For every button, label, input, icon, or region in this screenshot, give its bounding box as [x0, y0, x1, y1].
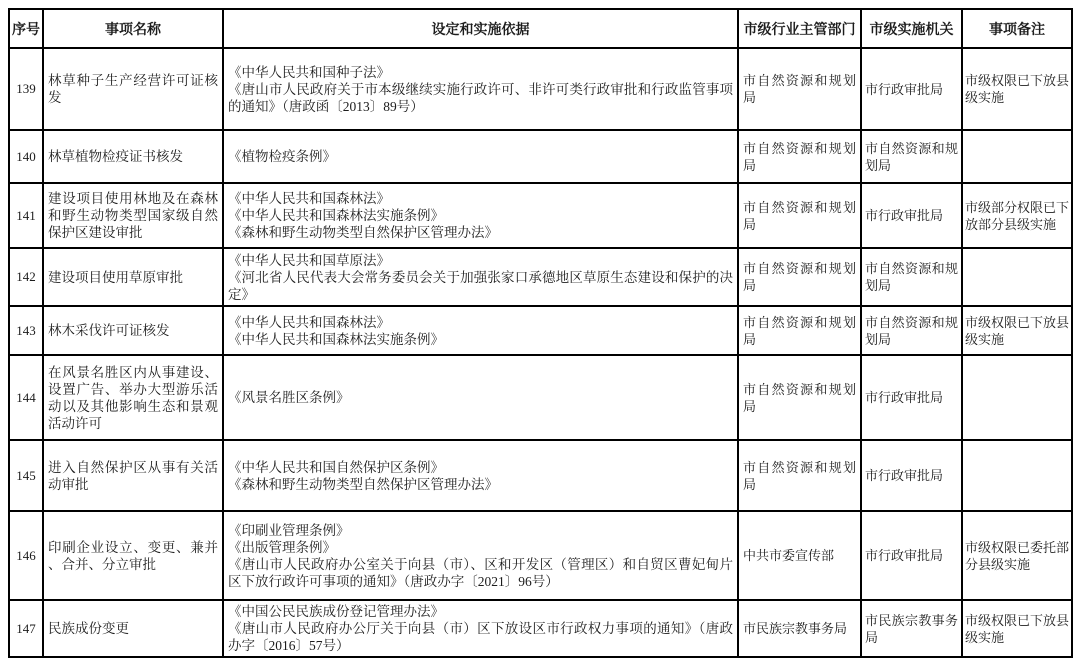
cell-basis: 《中华人民共和国种子法》《唐山市人民政府关于市本级继续实施行政许可、非许可类行政…	[223, 48, 738, 130]
cell-dept: 市自然资源和规划局	[738, 183, 861, 248]
cell-remark	[962, 440, 1072, 511]
header-name: 事项名称	[43, 9, 223, 48]
cell-index: 140	[9, 130, 43, 183]
cell-agency: 市自然资源和规划局	[861, 248, 962, 306]
cell-agency: 市行政审批局	[861, 355, 962, 440]
cell-name: 林木采伐许可证核发	[43, 306, 223, 355]
law-reference-line: 《风景名胜区条例》	[228, 389, 733, 406]
cell-index: 139	[9, 48, 43, 130]
law-reference-line: 《中华人民共和国森林法实施条例》	[228, 331, 733, 348]
cell-remark: 市级部分权限已下放部分县级实施	[962, 183, 1072, 248]
law-reference-line: 《中华人民共和国森林法实施条例》	[228, 207, 733, 224]
law-reference-line: 《中华人民共和国草原法》	[228, 252, 733, 269]
law-reference-line: 《中华人民共和国自然保护区条例》	[228, 459, 733, 476]
cell-remark	[962, 355, 1072, 440]
table-row: 147民族成份变更《中国公民民族成份登记管理办法》《唐山市人民政府办公厅关于向县…	[9, 600, 1072, 657]
cell-dept: 市自然资源和规划局	[738, 130, 861, 183]
cell-name: 建设项目使用林地及在森林和野生动物类型国家级自然保护区建设审批	[43, 183, 223, 248]
cell-remark: 市级权限已下放县级实施	[962, 306, 1072, 355]
header-basis: 设定和实施依据	[223, 9, 738, 48]
table-row: 143林木采伐许可证核发《中华人民共和国森林法》《中华人民共和国森林法实施条例》…	[9, 306, 1072, 355]
cell-dept: 中共市委宣传部	[738, 511, 861, 600]
cell-basis: 《风景名胜区条例》	[223, 355, 738, 440]
cell-remark	[962, 248, 1072, 306]
cell-basis: 《中华人民共和国自然保护区条例》《森林和野生动物类型自然保护区管理办法》	[223, 440, 738, 511]
header-dept: 市级行业主管部门	[738, 9, 861, 48]
law-reference-line: 《印刷业管理条例》	[228, 522, 733, 539]
law-reference-line: 《唐山市人民政府办公厅关于向县（市）区下放设区市行政权力事项的通知》（唐政办字〔…	[228, 620, 733, 654]
cell-agency: 市行政审批局	[861, 183, 962, 248]
table-row: 146印刷企业设立、变更、兼并、合并、分立审批《印刷业管理条例》《出版管理条例》…	[9, 511, 1072, 600]
document-sheet: 序号 事项名称 设定和实施依据 市级行业主管部门 市级实施机关 事项备注 139…	[8, 8, 1073, 658]
header-remark: 事项备注	[962, 9, 1072, 48]
cell-name: 林草植物检疫证书核发	[43, 130, 223, 183]
law-reference-line: 《森林和野生动物类型自然保护区管理办法》	[228, 224, 733, 241]
cell-dept: 市自然资源和规划局	[738, 440, 861, 511]
cell-index: 147	[9, 600, 43, 657]
cell-agency: 市行政审批局	[861, 511, 962, 600]
law-reference-line: 《河北省人民代表大会常务委员会关于加强张家口承德地区草原生态建设和保护的决定》	[228, 269, 733, 303]
cell-basis: 《中华人民共和国草原法》《河北省人民代表大会常务委员会关于加强张家口承德地区草原…	[223, 248, 738, 306]
header-index: 序号	[9, 9, 43, 48]
table-header: 序号 事项名称 设定和实施依据 市级行业主管部门 市级实施机关 事项备注	[9, 9, 1072, 48]
cell-dept: 市自然资源和规划局	[738, 48, 861, 130]
cell-basis: 《中华人民共和国森林法》《中华人民共和国森林法实施条例》《森林和野生动物类型自然…	[223, 183, 738, 248]
header-agency: 市级实施机关	[861, 9, 962, 48]
law-reference-line: 《中华人民共和国森林法》	[228, 190, 733, 207]
cell-index: 144	[9, 355, 43, 440]
cell-agency: 市自然资源和规划局	[861, 130, 962, 183]
cell-dept: 市自然资源和规划局	[738, 306, 861, 355]
table-row: 141建设项目使用林地及在森林和野生动物类型国家级自然保护区建设审批《中华人民共…	[9, 183, 1072, 248]
admin-items-table: 序号 事项名称 设定和实施依据 市级行业主管部门 市级实施机关 事项备注 139…	[8, 8, 1073, 658]
cell-index: 141	[9, 183, 43, 248]
cell-name: 进入自然保护区从事有关活动审批	[43, 440, 223, 511]
cell-basis: 《中国公民民族成份登记管理办法》《唐山市人民政府办公厅关于向县（市）区下放设区市…	[223, 600, 738, 657]
table-row: 144在风景名胜区内从事建设、设置广告、举办大型游乐活动以及其他影响生态和景观活…	[9, 355, 1072, 440]
cell-dept: 市自然资源和规划局	[738, 248, 861, 306]
law-reference-line: 《出版管理条例》	[228, 539, 733, 556]
cell-index: 146	[9, 511, 43, 600]
cell-remark	[962, 130, 1072, 183]
cell-name: 在风景名胜区内从事建设、设置广告、举办大型游乐活动以及其他影响生态和景观活动许可	[43, 355, 223, 440]
cell-basis: 《植物检疫条例》	[223, 130, 738, 183]
cell-agency: 市民族宗教事务局	[861, 600, 962, 657]
cell-index: 145	[9, 440, 43, 511]
table-row: 140林草植物检疫证书核发《植物检疫条例》市自然资源和规划局市自然资源和规划局	[9, 130, 1072, 183]
law-reference-line: 《唐山市人民政府关于市本级继续实施行政许可、非许可类行政审批和行政监管事项的通知…	[228, 81, 733, 115]
cell-remark: 市级权限已下放县级实施	[962, 48, 1072, 130]
cell-agency: 市行政审批局	[861, 440, 962, 511]
cell-basis: 《中华人民共和国森林法》《中华人民共和国森林法实施条例》	[223, 306, 738, 355]
table-row: 139林草种子生产经营许可证核发《中华人民共和国种子法》《唐山市人民政府关于市本…	[9, 48, 1072, 130]
law-reference-line: 《森林和野生动物类型自然保护区管理办法》	[228, 476, 733, 493]
cell-dept: 市自然资源和规划局	[738, 355, 861, 440]
table-row: 142建设项目使用草原审批《中华人民共和国草原法》《河北省人民代表大会常务委员会…	[9, 248, 1072, 306]
law-reference-line: 《中华人民共和国种子法》	[228, 64, 733, 81]
cell-name: 建设项目使用草原审批	[43, 248, 223, 306]
header-row: 序号 事项名称 设定和实施依据 市级行业主管部门 市级实施机关 事项备注	[9, 9, 1072, 48]
cell-name: 印刷企业设立、变更、兼并、合并、分立审批	[43, 511, 223, 600]
cell-index: 143	[9, 306, 43, 355]
cell-index: 142	[9, 248, 43, 306]
law-reference-line: 《中华人民共和国森林法》	[228, 314, 733, 331]
cell-agency: 市行政审批局	[861, 48, 962, 130]
table-row: 145进入自然保护区从事有关活动审批《中华人民共和国自然保护区条例》《森林和野生…	[9, 440, 1072, 511]
law-reference-line: 《中国公民民族成份登记管理办法》	[228, 603, 733, 620]
law-reference-line: 《植物检疫条例》	[228, 148, 733, 165]
cell-remark: 市级权限已下放县级实施	[962, 600, 1072, 657]
cell-remark: 市级权限已委托部分县级实施	[962, 511, 1072, 600]
cell-agency: 市自然资源和规划局	[861, 306, 962, 355]
cell-name: 民族成份变更	[43, 600, 223, 657]
cell-name: 林草种子生产经营许可证核发	[43, 48, 223, 130]
cell-dept: 市民族宗教事务局	[738, 600, 861, 657]
table-body: 139林草种子生产经营许可证核发《中华人民共和国种子法》《唐山市人民政府关于市本…	[9, 48, 1072, 657]
cell-basis: 《印刷业管理条例》《出版管理条例》《唐山市人民政府办公室关于向县（市）、区和开发…	[223, 511, 738, 600]
law-reference-line: 《唐山市人民政府办公室关于向县（市）、区和开发区（管理区）和自贸区曹妃甸片区下放…	[228, 556, 733, 590]
